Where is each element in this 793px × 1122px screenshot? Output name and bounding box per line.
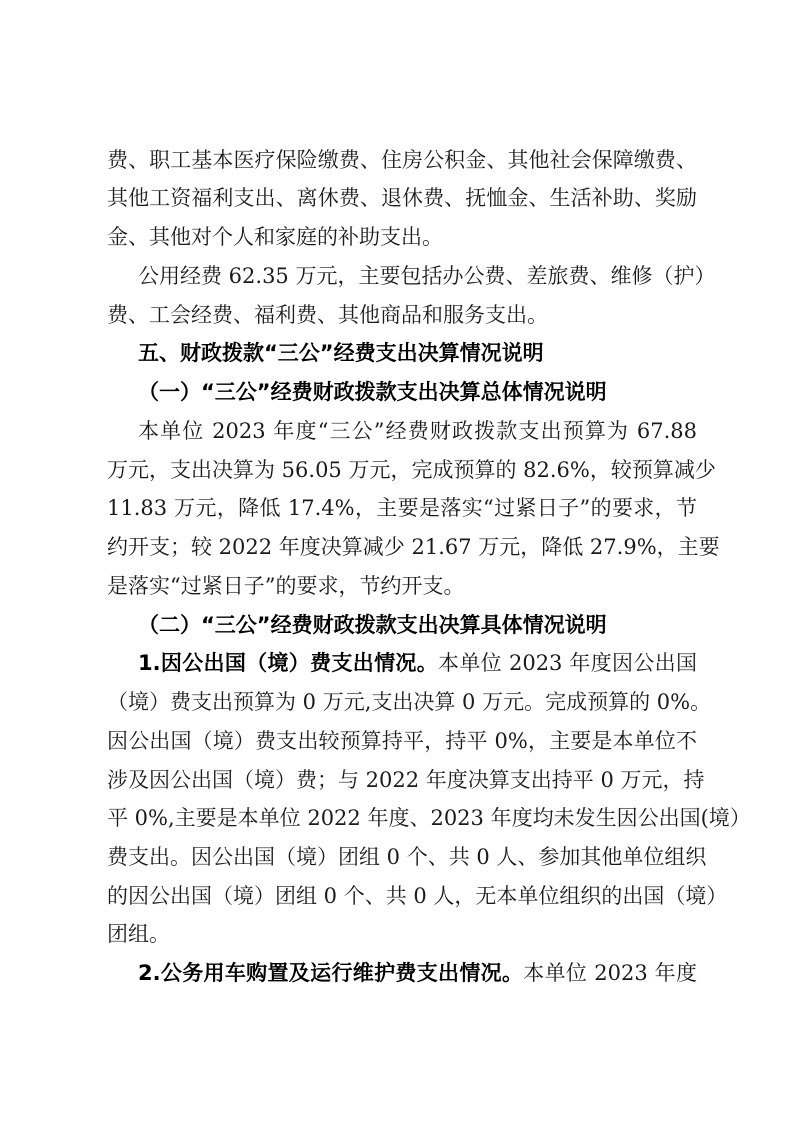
item-heading: 2.公务用车购置及运行维护费支出情况。 (138, 961, 523, 985)
paragraph-line: 平 0%,主要是本单位 2022 年度、2023 年度均未发生因公出国(境） (107, 803, 697, 833)
paragraph-line: 费支出。因公出国（境）团组 0 个、共 0 人、参加其他单位组织 (107, 842, 697, 872)
paragraph-line: 万元，支出决算为 56.05 万元，完成预算的 82.6%，较预算减少 (107, 455, 697, 485)
paragraph-line: 公用经费 62.35 万元，主要包括办公费、差旅费、维修（护） (138, 261, 697, 291)
paragraph-line: 约开支；较 2022 年度决算减少 21.67 万元，降低 27.9%，主要 (107, 532, 697, 562)
paragraph-line: 团组。 (107, 919, 697, 949)
paragraph-line: 费、工会经费、福利费、其他商品和服务支出。 (107, 300, 697, 330)
paragraph-line: （境）费支出预算为 0 万元,支出决算 0 万元。完成预算的 0%。 (107, 687, 697, 717)
item-text: 本单位 2023 年度 (523, 961, 697, 985)
paragraph-line: 涉及因公出国（境）费；与 2022 年度决算支出持平 0 万元，持 (107, 765, 697, 795)
paragraph-line: 1.因公出国（境）费支出情况。本单位 2023 年度因公出国 (138, 648, 697, 678)
paragraph-line: 其他工资福利支出、离休费、退休费、抚恤金、生活补助、奖励 (107, 183, 697, 213)
paragraph-line: 本单位 2023 年度“三公”经费财政拨款支出预算为 67.88 (138, 416, 697, 446)
subsection-heading: （二）“三公”经费财政拨款支出决算具体情况说明 (138, 610, 697, 640)
section-heading: 五、财政拨款“三公”经费支出决算情况说明 (138, 338, 697, 368)
paragraph-line: 11.83 万元，降低 17.4%，主要是落实“过紧日子”的要求，节 (107, 493, 697, 523)
item-heading: 1.因公出国（境）费支出情况。 (138, 651, 438, 675)
paragraph-line: 金、其他对个人和家庭的补助支出。 (107, 222, 697, 252)
paragraph-line: 因公出国（境）费支出较预算持平，持平 0%，主要是本单位不 (107, 726, 697, 756)
paragraph-line: 的因公出国（境）团组 0 个、共 0 人，无本单位组织的出国（境） (107, 881, 697, 911)
document-page: 费、职工基本医疗保险缴费、住房公积金、其他社会保障缴费、 其他工资福利支出、离休… (0, 0, 793, 1122)
subsection-heading: （一）“三公”经费财政拨款支出决算总体情况说明 (138, 377, 697, 407)
paragraph-line: 费、职工基本医疗保险缴费、住房公积金、其他社会保障缴费、 (107, 145, 697, 175)
paragraph-line: 是落实“过紧日子”的要求，节约开支。 (107, 571, 697, 601)
item-text: 本单位 2023 年度因公出国 (438, 651, 697, 675)
paragraph-line: 2.公务用车购置及运行维护费支出情况。本单位 2023 年度 (138, 958, 697, 988)
